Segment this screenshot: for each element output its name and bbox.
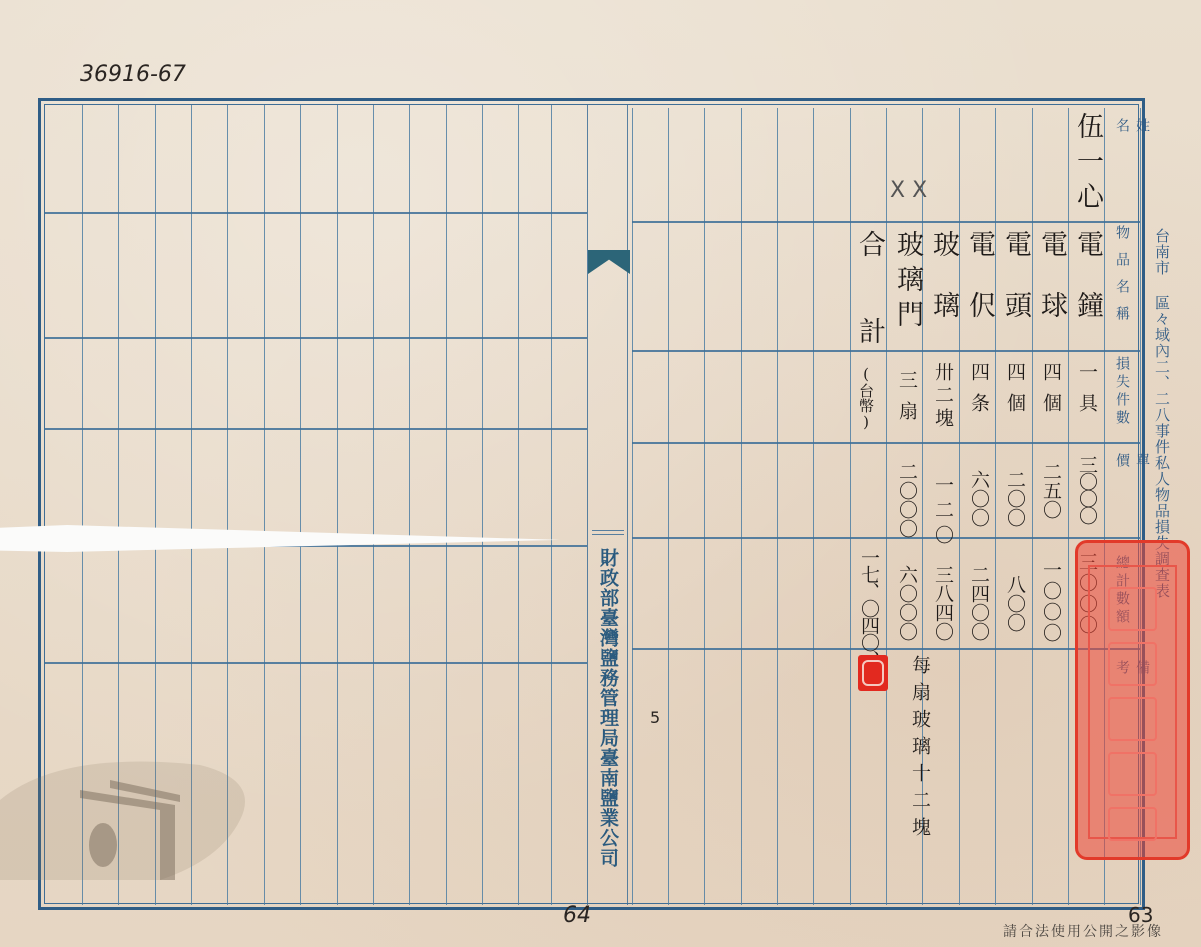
sum-total: 一七、〇四〇、 (856, 548, 883, 667)
item-unit-price: 二五〇 (1038, 462, 1065, 519)
remark-note: 每扇玻璃十二塊 (907, 655, 934, 844)
header-quantity: 損失件數 (1112, 356, 1132, 441)
item-total: 八〇〇 (1002, 575, 1029, 632)
header-unit-price: 單 價 (1112, 453, 1152, 538)
item-unit-price: 六〇〇 (966, 470, 993, 527)
item-total: 二四〇〇 (966, 565, 993, 641)
item-total: 六〇〇〇 (894, 565, 921, 641)
item-total: 三八四〇 (930, 565, 957, 641)
archive-number: 36916-67 (80, 62, 186, 87)
item-name: 玻璃門 (888, 230, 927, 335)
item-unit-price: 二〇〇〇 (894, 462, 921, 538)
sum-currency-note: (台幣) (856, 365, 877, 431)
header-item: 物品名稱 (1112, 225, 1132, 345)
item-quantity: 四個 (1002, 362, 1029, 424)
item-name: 電頭 (996, 230, 1035, 352)
header-name: 姓 名 (1112, 118, 1152, 218)
item-name: 電伬 (960, 230, 999, 352)
item-unit-price: 一二〇 (930, 475, 957, 550)
item-quantity: 四個 (1038, 362, 1065, 424)
item-quantity: 一具 (1074, 362, 1101, 424)
official-seal-stamp (1075, 540, 1190, 860)
usage-notice: 請合法使用公開之影像 (1003, 921, 1163, 941)
archive-watermark-icon (0, 750, 250, 880)
item-unit-price: 三〇〇〇 (1074, 455, 1101, 523)
item-quantity: 卅二塊 (930, 362, 957, 431)
item-quantity: 三扇 (894, 370, 921, 432)
item-total: 一〇〇〇 (1038, 560, 1065, 644)
item-quantity: 四条 (966, 362, 993, 424)
item-name: 電球 (1032, 230, 1071, 352)
company-name: 財政部臺灣鹽務管理局臺南鹽業公司 (595, 548, 622, 888)
item-name: 玻璃 (924, 230, 963, 352)
item-unit-price: 二〇〇 (1002, 470, 1029, 527)
stray-mark: 5 (650, 708, 660, 727)
personal-seal-stamp (858, 655, 888, 691)
item-name: 電鐘 (1068, 230, 1107, 352)
page-number-center: 64 (563, 903, 591, 928)
pencil-marks: X X (890, 178, 927, 203)
victim-name: 伍一心 (1068, 112, 1107, 217)
